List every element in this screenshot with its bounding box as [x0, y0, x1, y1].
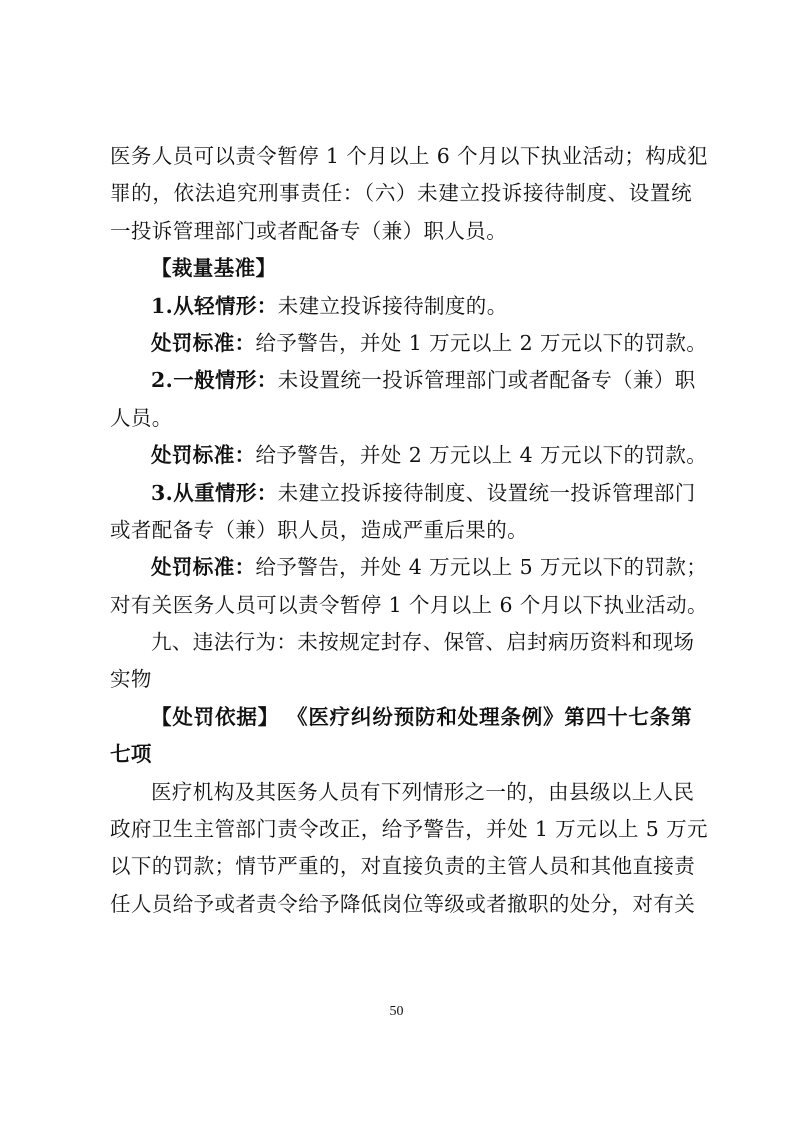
- severe-case-line-2: 或者配备专（兼）职人员，造成严重后果的。: [110, 512, 692, 549]
- paragraph-line: 医务人员可以责令暂停 1 个月以上 6 个月以下执业活动；构成犯: [110, 138, 692, 175]
- severe-case-line: 3.从重情形：未建立投诉接待制度、设置统一投诉管理部门: [110, 475, 692, 512]
- body-line: 任人员给予或者责令给予降低岗位等级或者撤职的处分，对有关: [110, 886, 692, 923]
- paragraph-line: 罪的，依法追究刑事责任：（六）未建立投诉接待制度、设置统: [110, 175, 692, 212]
- lenient-penalty-line: 处罚标准：给予警告，并处 1 万元以上 2 万元以下的罚款。: [110, 325, 692, 362]
- severe-penalty-line-2: 对有关医务人员可以责令暂停 1 个月以上 6 个月以下执业活动。: [110, 587, 692, 624]
- body-line: 政府卫生主管部门责令改正，给予警告，并处 1 万元以上 5 万元: [110, 811, 692, 848]
- violation-line-2: 实物: [110, 661, 692, 698]
- severe-case-label: 3.从重情形：: [151, 481, 278, 505]
- general-penalty-line: 处罚标准：给予警告，并处 2 万元以上 4 万元以下的罚款。: [110, 437, 692, 474]
- discretion-heading: 【裁量基准】: [110, 250, 692, 287]
- general-case-text: 未设置统一投诉管理部门或者配备专（兼）职: [278, 368, 696, 392]
- penalty-basis-line-2: 七项: [110, 736, 692, 773]
- penalty-text: 给予警告，并处 2 万元以上 4 万元以下的罚款。: [256, 443, 708, 467]
- document-page: 医务人员可以责令暂停 1 个月以上 6 个月以下执业活动；构成犯 罪的，依法追究…: [110, 138, 692, 923]
- page-number: 50: [0, 1004, 793, 1020]
- penalty-text: 给予警告，并处 1 万元以上 2 万元以下的罚款。: [256, 331, 708, 355]
- general-case-line-2: 人员。: [110, 400, 692, 437]
- penalty-label: 处罚标准：: [151, 331, 256, 355]
- paragraph-line: 一投诉管理部门或者配备专（兼）职人员。: [110, 213, 692, 250]
- lenient-case-text: 未建立投诉接待制度的。: [278, 294, 508, 318]
- penalty-label: 处罚标准：: [151, 555, 256, 579]
- general-case-label: 2.一般情形：: [151, 368, 278, 392]
- penalty-basis-line: 【处罚依据】 《医疗纠纷预防和处理条例》第四十七条第: [110, 699, 692, 736]
- severe-case-text: 未建立投诉接待制度、设置统一投诉管理部门: [278, 481, 696, 505]
- lenient-case-label: 1.从轻情形：: [151, 294, 278, 318]
- lenient-case-line: 1.从轻情形：未建立投诉接待制度的。: [110, 288, 692, 325]
- penalty-text: 给予警告，并处 4 万元以上 5 万元以下的罚款；: [256, 555, 708, 579]
- general-case-line: 2.一般情形：未设置统一投诉管理部门或者配备专（兼）职: [110, 362, 692, 399]
- body-line: 以下的罚款；情节严重的，对直接负责的主管人员和其他直接责: [110, 848, 692, 885]
- severe-penalty-line: 处罚标准：给予警告，并处 4 万元以上 5 万元以下的罚款；: [110, 549, 692, 586]
- penalty-label: 处罚标准：: [151, 443, 256, 467]
- body-line: 医疗机构及其医务人员有下列情形之一的，由县级以上人民: [110, 774, 692, 811]
- violation-line: 九、违法行为：未按规定封存、保管、启封病历资料和现场: [110, 624, 692, 661]
